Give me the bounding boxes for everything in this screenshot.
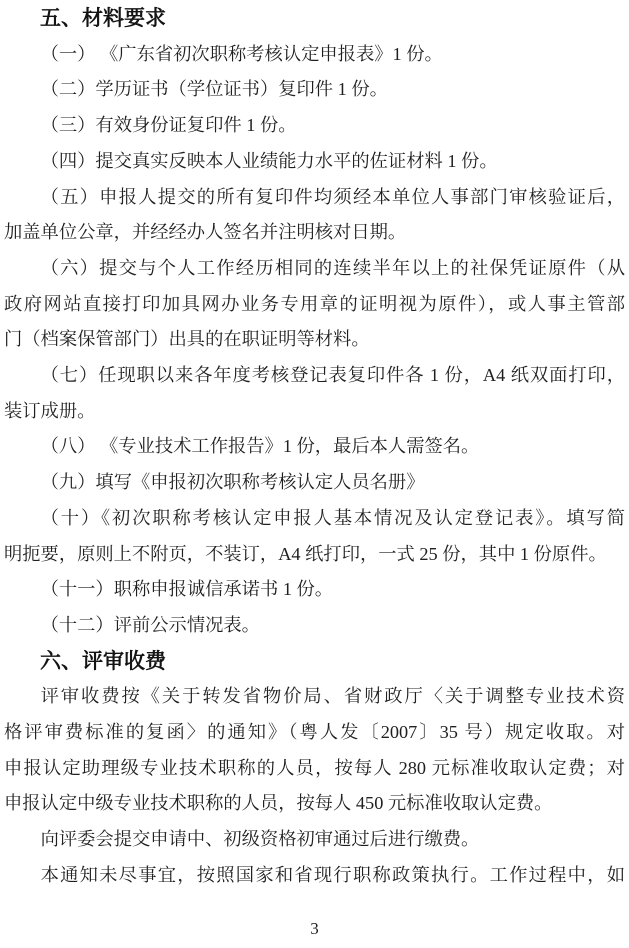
text-line: 门（档案保管部门）出具的在职证明等材料。 — [4, 322, 625, 358]
document-page: 五、材料要求 （一） 《广东省初次职称考核认定申报表》1 份。 （二）学历证书（… — [0, 0, 629, 946]
requirement-item-12: （十二）评前公示情况表。 — [4, 608, 625, 644]
text-line: 格评审费标准的复函〉的通知》（粤人发〔2007〕35 号）规定收取。对 — [4, 715, 625, 751]
text-line: （七）任现职以来各年度考核登记表复印件各 1 份，A4 纸双面打印， — [4, 358, 625, 394]
text-line: 评审收费按《关于转发省物价局、省财政厅〈关于调整专业技术资 — [4, 679, 625, 715]
requirement-item-4: （四）提交真实反映本人业绩能力水平的佐证材料 1 份。 — [4, 144, 625, 180]
text-line: （三）有效身份证复印件 1 份。 — [4, 108, 625, 144]
requirement-item-1: （一） 《广东省初次职称考核认定申报表》1 份。 — [4, 37, 625, 73]
requirement-item-9: （九）填写《申报初次职称考核认定人员名册》 — [4, 465, 625, 501]
text-line: 本通知未尽事宜，按照国家和省现行职称政策执行。工作过程中，如 — [4, 858, 625, 894]
requirement-item-10: （十）《初次职称考核认定申报人基本情况及认定登记表》。填写简明扼要，原则上不附页… — [4, 501, 625, 572]
text-line: （一） 《广东省初次职称考核认定申报表》1 份。 — [4, 37, 625, 73]
text-line: （十一）职称申报诚信承诺书 1 份。 — [4, 572, 625, 608]
requirement-item-3: （三）有效身份证复印件 1 份。 — [4, 108, 625, 144]
text-line: （二）学历证书（学位证书）复印件 1 份。 — [4, 72, 625, 108]
page-number: 3 — [4, 911, 625, 947]
requirement-item-2: （二）学历证书（学位证书）复印件 1 份。 — [4, 72, 625, 108]
requirement-item-11: （十一）职称申报诚信承诺书 1 份。 — [4, 572, 625, 608]
text-line: （四）提交真实反映本人业绩能力水平的佐证材料 1 份。 — [4, 144, 625, 180]
text-line: 申报认定助理级专业技术职称的人员，按每人 280 元标准收取认定费；对 — [4, 751, 625, 787]
text-line: 向评委会提交申请中、初级资格初审通过后进行缴费。 — [4, 822, 625, 858]
text-line: （九）填写《申报初次职称考核认定人员名册》 — [4, 465, 625, 501]
text-line: （六）提交与个人工作经历相同的连续半年以上的社保凭证原件（从 — [4, 251, 625, 287]
text-line: （十二）评前公示情况表。 — [4, 608, 625, 644]
requirement-item-5: （五）申报人提交的所有复印件均须经本单位人事部门审核验证后，加盖单位公章，并经经… — [4, 180, 625, 251]
text-line: 加盖单位公章，并经经办人签名并注明核对日期。 — [4, 215, 625, 251]
text-line: （五）申报人提交的所有复印件均须经本单位人事部门审核验证后， — [4, 180, 625, 216]
section-6-heading: 六、评审收费 — [4, 644, 625, 680]
text-line: （十）《初次职称考核认定申报人基本情况及认定登记表》。填写简 — [4, 501, 625, 537]
text-line: 明扼要，原则上不附页，不装订，A4 纸打印，一式 25 份，其中 1 份原件。 — [4, 537, 625, 573]
text-line: 申报认定中级专业技术职称的人员，按每人 450 元标准收取认定费。 — [4, 786, 625, 822]
requirement-item-8: （八） 《专业技术工作报告》1 份，最后本人需签名。 — [4, 429, 625, 465]
requirement-item-6: （六）提交与个人工作经历相同的连续半年以上的社保凭证原件（从政府网站直接打印加具… — [4, 251, 625, 358]
text-line: （八） 《专业技术工作报告》1 份，最后本人需签名。 — [4, 429, 625, 465]
text-line: 装订成册。 — [4, 394, 625, 430]
section-5-heading: 五、材料要求 — [4, 1, 625, 37]
requirement-item-7: （七）任现职以来各年度考核登记表复印件各 1 份，A4 纸双面打印，装订成册。 — [4, 358, 625, 429]
fee-paragraph: 评审收费按《关于转发省物价局、省财政厅〈关于调整专业技术资格评审费标准的复函〉的… — [4, 679, 625, 822]
text-line: 政府网站直接打印加具网办业务专用章的证明视为原件），或人事主管部 — [4, 287, 625, 323]
closing-paragraph: 本通知未尽事宜，按照国家和省现行职称政策执行。工作过程中，如 — [4, 858, 625, 894]
payment-paragraph: 向评委会提交申请中、初级资格初审通过后进行缴费。 — [4, 822, 625, 858]
